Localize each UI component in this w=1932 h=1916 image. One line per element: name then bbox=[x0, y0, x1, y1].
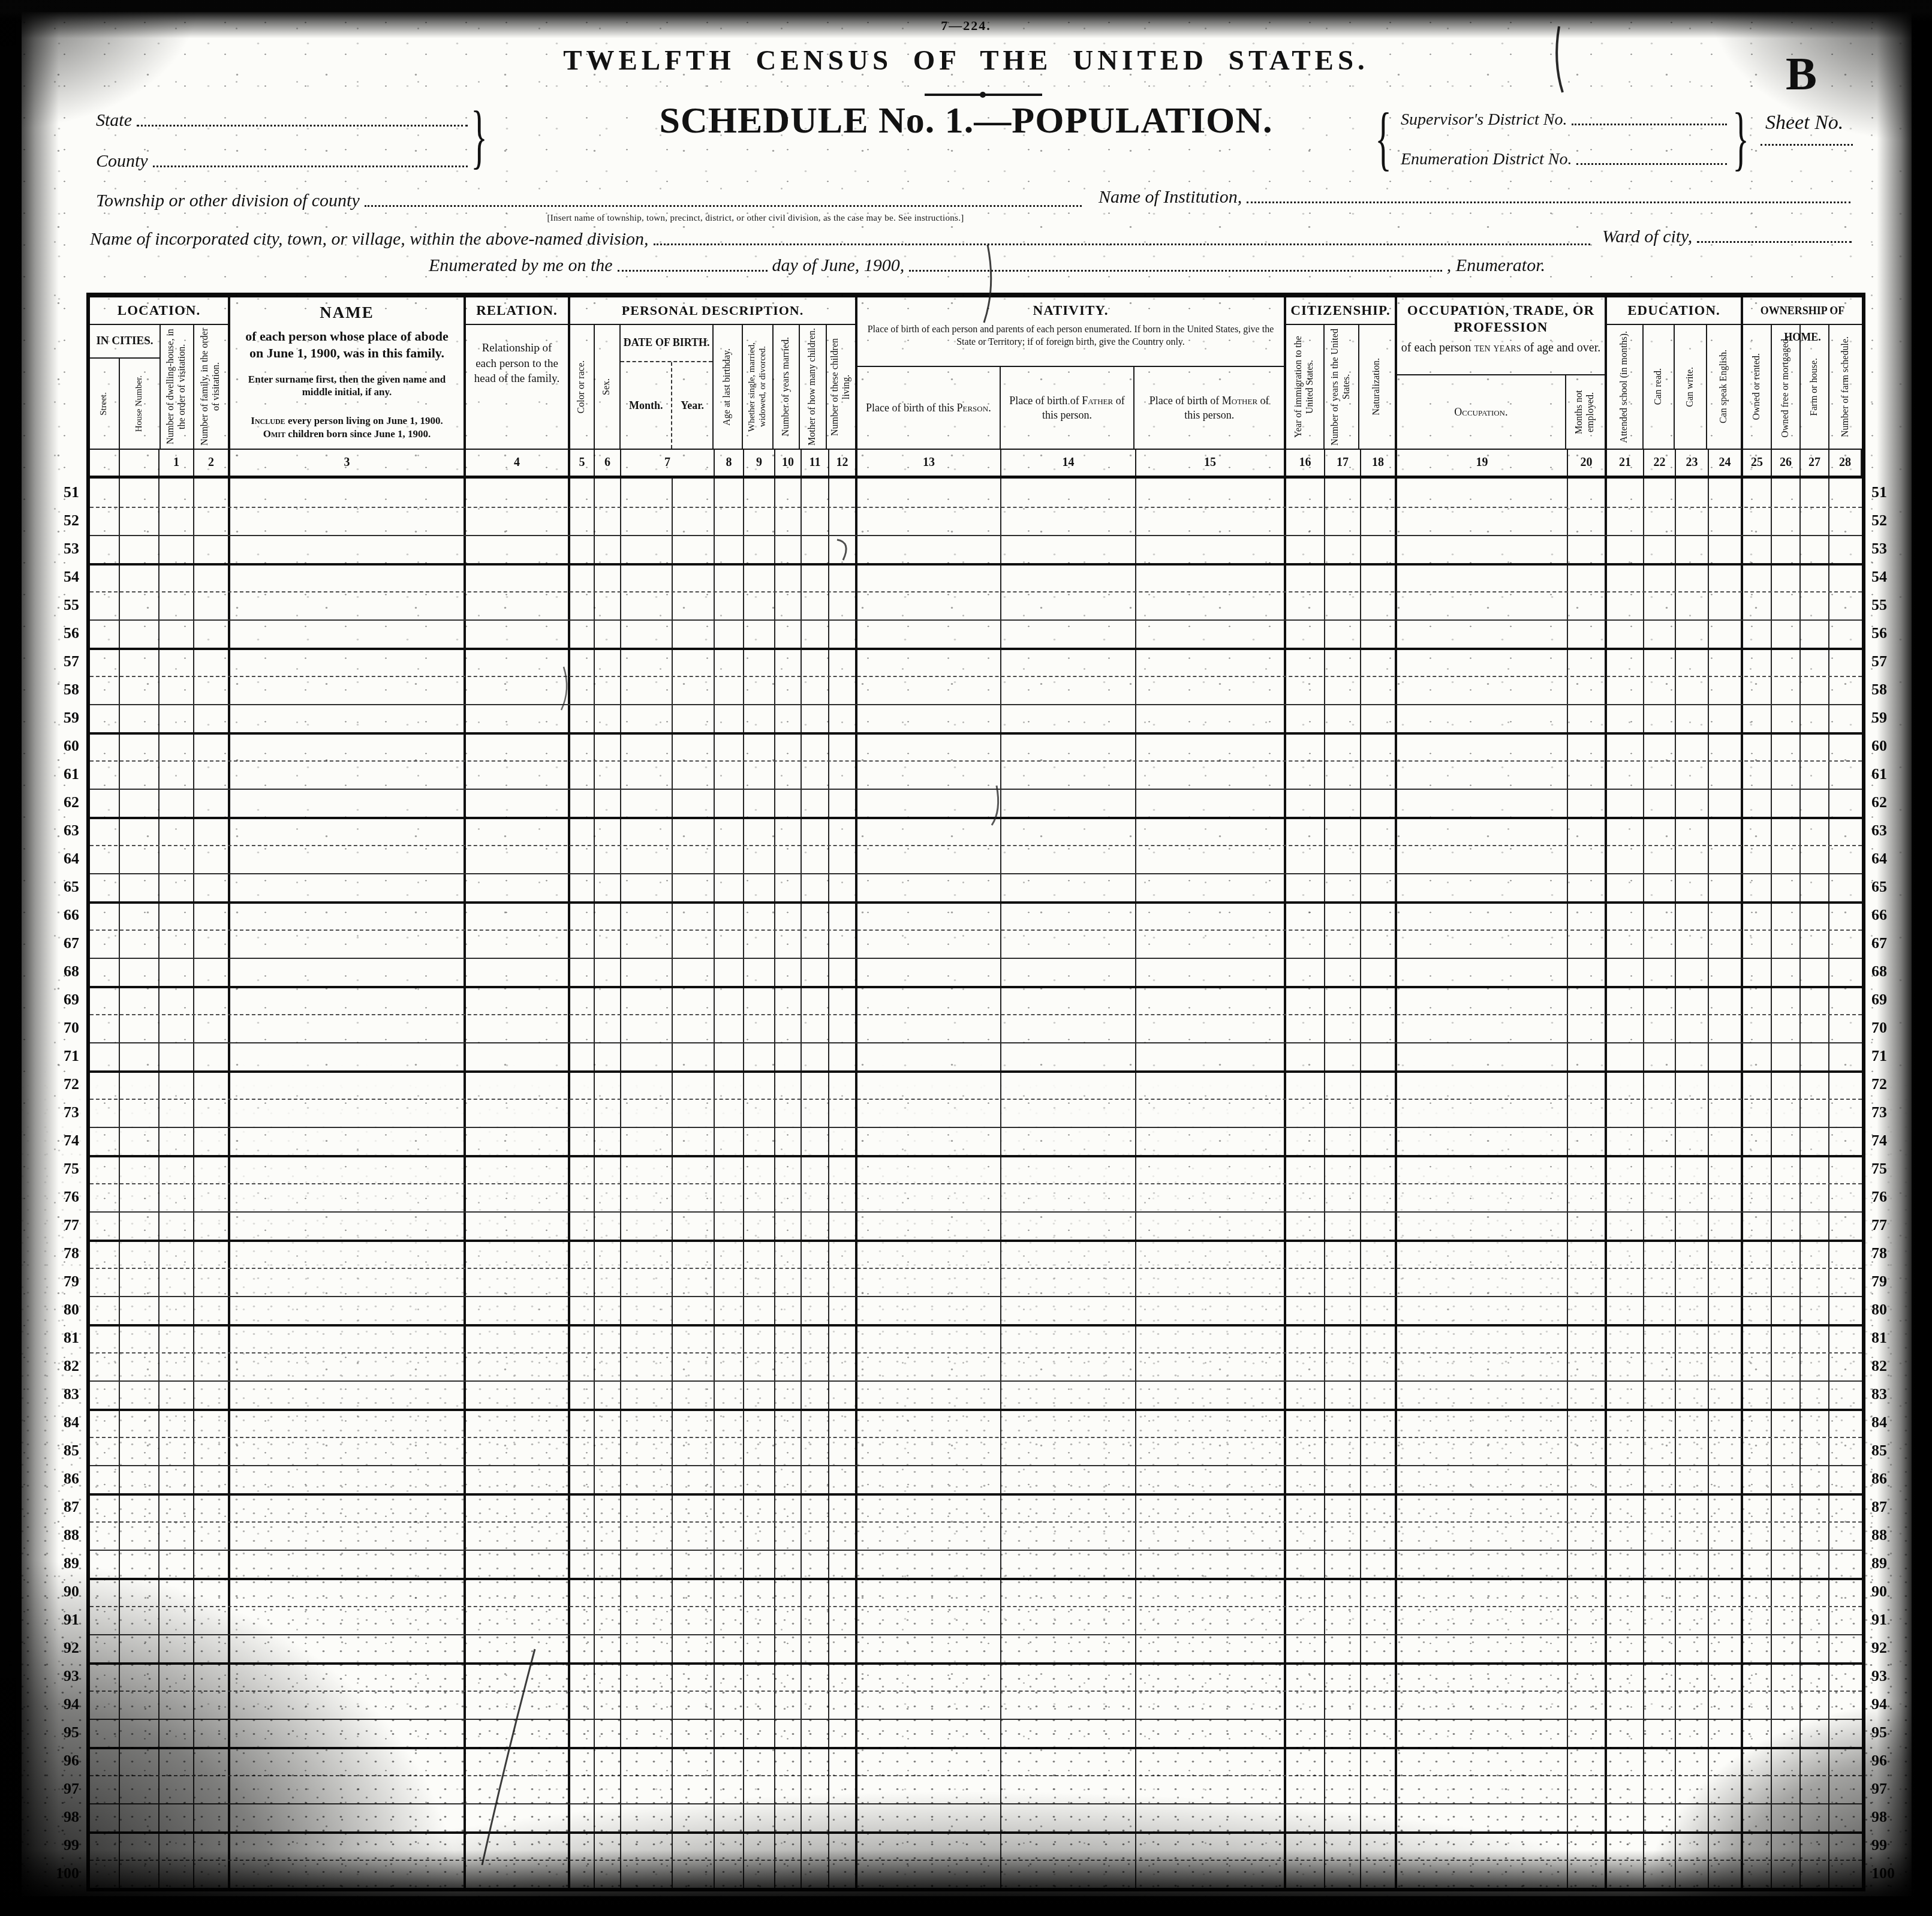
row-line bbox=[90, 619, 1862, 621]
row-line bbox=[90, 1719, 1862, 1720]
row-number-83: 83 bbox=[46, 1380, 79, 1408]
group-relation: RELATION. Relationship of each person to… bbox=[466, 297, 570, 449]
row-line bbox=[90, 535, 1862, 536]
row-number-65: 65 bbox=[1871, 873, 1905, 901]
row-number-61: 61 bbox=[1871, 760, 1905, 788]
row-number-55: 55 bbox=[46, 591, 79, 619]
column-number-26: 26 bbox=[1772, 450, 1801, 476]
district-close-brace: } bbox=[1732, 103, 1749, 175]
row-number-88: 88 bbox=[46, 1521, 79, 1549]
col-birthplace-person-header: Place of birth of this Person. bbox=[857, 367, 1001, 449]
township-field: Township or other division of county bbox=[96, 191, 1087, 211]
table-header: LOCATION. IN CITIES. Street. House Numbe… bbox=[90, 297, 1862, 450]
row-number-63: 63 bbox=[46, 816, 79, 844]
ward-label: Ward of city, bbox=[1602, 227, 1692, 247]
row-number-95: 95 bbox=[46, 1718, 79, 1746]
row-number-72: 72 bbox=[46, 1070, 79, 1098]
col-year-header: Year. bbox=[672, 362, 712, 449]
row-line bbox=[90, 760, 1862, 762]
row-number-82: 82 bbox=[1871, 1352, 1905, 1380]
column-number-20: 20 bbox=[1568, 450, 1607, 476]
township-instruction-note: [Insert name of township, town, precinct… bbox=[420, 213, 1091, 224]
row-number-98: 98 bbox=[46, 1803, 79, 1831]
col-years-in-us-header: Number of years in the United States. bbox=[1325, 325, 1360, 449]
col-age-header: Age at last birthday. bbox=[714, 325, 743, 449]
col-children-living-header: Number of these children living. bbox=[827, 325, 855, 449]
column-number-10: 10 bbox=[775, 450, 802, 476]
row-number-92: 92 bbox=[1871, 1634, 1905, 1662]
row-line bbox=[90, 1634, 1862, 1635]
enumerator-label: , Enumerator. bbox=[1447, 255, 1545, 276]
institution-fill-line bbox=[1247, 201, 1850, 203]
row-number-80: 80 bbox=[1871, 1295, 1905, 1324]
state-label: State bbox=[96, 110, 132, 131]
row-number-60: 60 bbox=[1871, 732, 1905, 760]
row-number-78: 78 bbox=[1871, 1239, 1905, 1267]
row-number-59: 59 bbox=[1871, 703, 1905, 732]
col-occupation-header: Occupation. bbox=[1397, 375, 1566, 449]
row-line bbox=[90, 507, 1862, 508]
in-cities-block: IN CITIES. Street. House Number. bbox=[90, 325, 161, 449]
column-number-13: 13 bbox=[857, 450, 1001, 476]
row-line bbox=[90, 1240, 1862, 1242]
row-line bbox=[90, 901, 1862, 904]
group-personal-description: PERSONAL DESCRIPTION. Color or race. Sex… bbox=[570, 297, 857, 449]
row-number-76: 76 bbox=[1871, 1183, 1905, 1211]
district-open-brace: { bbox=[1375, 103, 1392, 175]
column-number-4: 4 bbox=[466, 450, 570, 476]
row-number-70: 70 bbox=[1871, 1013, 1905, 1042]
row-number-91: 91 bbox=[46, 1605, 79, 1634]
col-immigration-year-header: Year of immigration to the United States… bbox=[1286, 325, 1325, 449]
census-table: LOCATION. IN CITIES. Street. House Numbe… bbox=[86, 293, 1865, 1891]
col-naturalization-header: Naturalization. bbox=[1359, 325, 1395, 449]
row-number-53: 53 bbox=[1871, 534, 1905, 563]
col-birthplace-father-header: Place of birth of Father of this person. bbox=[1001, 367, 1135, 449]
column-number-17: 17 bbox=[1325, 450, 1361, 476]
row-line bbox=[90, 591, 1862, 592]
row-number-71: 71 bbox=[1871, 1042, 1905, 1070]
row-number-57: 57 bbox=[1871, 647, 1905, 675]
row-number-87: 87 bbox=[1871, 1493, 1905, 1521]
col-dwelling-number-header: Number of dwelling-house, in the order o… bbox=[161, 325, 194, 449]
occupation-subtitle: of each person ten years of age and over… bbox=[1397, 341, 1605, 355]
row-number-73: 73 bbox=[1871, 1098, 1905, 1126]
row-line bbox=[90, 1014, 1862, 1015]
row-number-70: 70 bbox=[46, 1013, 79, 1042]
date-of-birth-label: DATE OF BIRTH. bbox=[621, 325, 712, 362]
ward-field: Ward of city, bbox=[1602, 227, 1856, 247]
row-number-95: 95 bbox=[1871, 1718, 1905, 1746]
row-number-84: 84 bbox=[1871, 1408, 1905, 1436]
row-numbers-right: 5152535455565758596061626364656667686970… bbox=[1868, 478, 1905, 1887]
group-name-title: NAME bbox=[239, 303, 455, 322]
row-line bbox=[90, 1606, 1862, 1607]
group-occupation-title: OCCUPATION, TRADE, OR PROFESSION bbox=[1397, 302, 1605, 335]
sheet-letter: B bbox=[1786, 47, 1817, 101]
row-number-87: 87 bbox=[46, 1493, 79, 1521]
row-line bbox=[90, 1493, 1862, 1496]
group-occupation-title-block: OCCUPATION, TRADE, OR PROFESSION of each… bbox=[1397, 297, 1605, 375]
column-number-25: 25 bbox=[1743, 450, 1772, 476]
column-number-24: 24 bbox=[1709, 450, 1743, 476]
column-number-7: 7 bbox=[621, 450, 715, 476]
col-mother-children-header: Mother of how many children. bbox=[800, 325, 827, 449]
row-line bbox=[90, 1324, 1862, 1327]
row-line bbox=[90, 1860, 1862, 1861]
row-numbers-left: 5152535455565758596061626364656667686970… bbox=[46, 478, 83, 1887]
column-number-8: 8 bbox=[715, 450, 744, 476]
col-can-write-header: Can write. bbox=[1675, 325, 1707, 449]
group-personal-title: PERSONAL DESCRIPTION. bbox=[570, 297, 855, 325]
group-ownership: OWNERSHIP OF HOME. Owned or rented. Owne… bbox=[1743, 297, 1862, 449]
col-birthplace-mother-header: Place of birth of Mother of this person. bbox=[1134, 367, 1284, 449]
row-line bbox=[90, 1211, 1862, 1213]
row-number-97: 97 bbox=[1871, 1774, 1905, 1803]
column-number-1: 1 bbox=[160, 450, 194, 476]
column-number-3: 3 bbox=[230, 450, 466, 476]
enumeration-district-field: Enumeration District No. bbox=[1401, 150, 1732, 169]
relation-note: Relationship of each person to the head … bbox=[466, 325, 568, 402]
row-line bbox=[90, 873, 1862, 874]
name-instruction-3: Include every person living on June 1, 1… bbox=[239, 414, 455, 441]
body-rows bbox=[90, 479, 1862, 1888]
row-number-94: 94 bbox=[46, 1690, 79, 1718]
row-number-51: 51 bbox=[46, 478, 79, 506]
row-number-92: 92 bbox=[46, 1634, 79, 1662]
group-nativity: NATIVITY. Place of birth of each person … bbox=[857, 297, 1286, 449]
row-number-89: 89 bbox=[46, 1549, 79, 1577]
row-line bbox=[90, 1465, 1862, 1466]
row-number-90: 90 bbox=[46, 1577, 79, 1605]
row-number-86: 86 bbox=[1871, 1464, 1905, 1493]
group-relation-title: RELATION. bbox=[466, 297, 568, 325]
col-free-mortgaged-header: Owned free or mortgaged. bbox=[1772, 325, 1801, 449]
row-number-67: 67 bbox=[46, 929, 79, 957]
nativity-note: Place of birth of each person and parent… bbox=[857, 321, 1284, 367]
col-owned-rented-header: Owned or rented. bbox=[1743, 325, 1772, 449]
col-marital-header: Whether single, married, widowed, or div… bbox=[743, 325, 774, 449]
row-line bbox=[90, 1155, 1862, 1157]
enumeration-district-label: Enumeration District No. bbox=[1401, 150, 1572, 169]
column-number-strip: 1234567891011121314151617181920212223242… bbox=[90, 450, 1862, 479]
in-cities-label: IN CITIES. bbox=[90, 325, 160, 359]
row-number-71: 71 bbox=[46, 1042, 79, 1070]
row-number-90: 90 bbox=[1871, 1577, 1905, 1605]
row-number-68: 68 bbox=[46, 957, 79, 985]
state-field: State bbox=[96, 110, 473, 131]
enumeration-district-fill-line bbox=[1576, 163, 1727, 165]
row-number-77: 77 bbox=[1871, 1211, 1905, 1239]
row-number-67: 67 bbox=[1871, 929, 1905, 957]
row-number-74: 74 bbox=[1871, 1126, 1905, 1154]
row-number-83: 83 bbox=[1871, 1380, 1905, 1408]
row-number-64: 64 bbox=[46, 844, 79, 873]
group-citizenship: CITIZENSHIP. Year of immigration to the … bbox=[1286, 297, 1397, 449]
column-number-16: 16 bbox=[1286, 450, 1325, 476]
row-number-99: 99 bbox=[46, 1831, 79, 1859]
row-number-51: 51 bbox=[1871, 478, 1905, 506]
form-number: 7—224. bbox=[0, 18, 1932, 34]
supervisor-district-fill-line bbox=[1572, 124, 1727, 125]
supervisor-district-label: Supervisor's District No. bbox=[1401, 110, 1567, 130]
county-label: County bbox=[96, 151, 148, 172]
column-number-27: 27 bbox=[1801, 450, 1829, 476]
row-line bbox=[90, 1127, 1862, 1128]
group-education: EDUCATION. Attended school (in months). … bbox=[1607, 297, 1743, 449]
row-number-75: 75 bbox=[1871, 1154, 1905, 1183]
column-number-21: 21 bbox=[1607, 450, 1644, 476]
ward-fill-line bbox=[1697, 241, 1852, 243]
row-number-100: 100 bbox=[1871, 1859, 1905, 1887]
name-instruction-2: Enter surname first, then the given name… bbox=[239, 373, 455, 399]
column-number-12: 12 bbox=[829, 450, 857, 476]
supervisor-district-field: Supervisor's District No. bbox=[1401, 110, 1732, 130]
row-number-56: 56 bbox=[1871, 619, 1905, 647]
row-number-96: 96 bbox=[46, 1746, 79, 1774]
row-line bbox=[90, 563, 1862, 566]
sheet-no-fill bbox=[1756, 144, 1858, 150]
row-number-60: 60 bbox=[46, 732, 79, 760]
row-number-84: 84 bbox=[46, 1408, 79, 1436]
col-farm-schedule-header: Number of farm schedule. bbox=[1829, 325, 1862, 449]
city-label: Name of incorporated city, town, or vill… bbox=[90, 229, 649, 249]
group-ownership-title: OWNERSHIP OF HOME. bbox=[1743, 297, 1862, 325]
city-field: Name of incorporated city, town, or vill… bbox=[90, 229, 1595, 249]
group-education-title: EDUCATION. bbox=[1607, 297, 1741, 325]
institution-label: Name of Institution, bbox=[1099, 187, 1242, 207]
column-number-9: 9 bbox=[744, 450, 775, 476]
row-line bbox=[90, 1409, 1862, 1411]
city-fill-line bbox=[654, 243, 1590, 245]
county-fill-line bbox=[153, 166, 468, 167]
row-line bbox=[90, 1662, 1862, 1665]
col-speak-english-header: Can speak English. bbox=[1707, 325, 1741, 449]
col-attended-school-header: Attended school (in months). bbox=[1607, 325, 1644, 449]
row-line bbox=[90, 1352, 1862, 1353]
row-number-61: 61 bbox=[46, 760, 79, 788]
row-number-76: 76 bbox=[46, 1183, 79, 1211]
row-number-73: 73 bbox=[46, 1098, 79, 1126]
row-number-81: 81 bbox=[1871, 1324, 1905, 1352]
column-number-11: 11 bbox=[802, 450, 829, 476]
group-location-title: LOCATION. bbox=[90, 297, 228, 325]
column-number-22: 22 bbox=[1644, 450, 1676, 476]
row-line bbox=[90, 930, 1862, 931]
row-line bbox=[90, 958, 1862, 959]
row-line bbox=[90, 1268, 1862, 1269]
row-line bbox=[90, 986, 1862, 988]
row-number-100: 100 bbox=[46, 1859, 79, 1887]
row-number-65: 65 bbox=[46, 873, 79, 901]
row-line bbox=[90, 676, 1862, 677]
col-date-of-birth-header: DATE OF BIRTH. Month. Year. bbox=[621, 325, 714, 449]
row-line bbox=[90, 817, 1862, 819]
row-number-94: 94 bbox=[1871, 1690, 1905, 1718]
row-number-88: 88 bbox=[1871, 1521, 1905, 1549]
township-label: Township or other division of county bbox=[96, 191, 360, 211]
row-number-98: 98 bbox=[1871, 1803, 1905, 1831]
column-number-19: 19 bbox=[1397, 450, 1568, 476]
col-street-header: Street. bbox=[90, 359, 120, 449]
state-fill-line bbox=[137, 125, 468, 127]
title-divider bbox=[925, 94, 1042, 96]
enumerated-field: Enumerated by me on the day of June, 190… bbox=[429, 255, 1545, 276]
row-number-57: 57 bbox=[46, 647, 79, 675]
col-years-married-header: Number of years married. bbox=[774, 325, 800, 449]
row-number-77: 77 bbox=[46, 1211, 79, 1239]
enumerated-day-fill-line bbox=[618, 270, 768, 272]
row-line bbox=[90, 1296, 1862, 1297]
group-occupation: OCCUPATION, TRADE, OR PROFESSION of each… bbox=[1397, 297, 1607, 449]
row-number-53: 53 bbox=[46, 534, 79, 563]
column-number-28: 28 bbox=[1829, 450, 1862, 476]
row-line bbox=[90, 1831, 1862, 1834]
row-line bbox=[90, 1803, 1862, 1804]
col-house-number-header: House Number. bbox=[120, 359, 160, 449]
row-number-85: 85 bbox=[46, 1436, 79, 1464]
row-line bbox=[90, 732, 1862, 735]
row-number-52: 52 bbox=[1871, 506, 1905, 534]
sheet-no-fill-line bbox=[1761, 144, 1853, 146]
col-months-not-employed-header: Months not employed. bbox=[1566, 375, 1605, 449]
row-number-55: 55 bbox=[1871, 591, 1905, 619]
column-number-blank bbox=[90, 450, 120, 476]
row-line bbox=[90, 704, 1862, 705]
group-nativity-title: NATIVITY. bbox=[857, 297, 1284, 321]
row-number-97: 97 bbox=[46, 1774, 79, 1803]
row-number-82: 82 bbox=[46, 1352, 79, 1380]
row-number-81: 81 bbox=[46, 1324, 79, 1352]
row-number-62: 62 bbox=[46, 788, 79, 816]
row-line bbox=[90, 1437, 1862, 1438]
col-sex-header: Sex. bbox=[595, 325, 621, 449]
column-number-5: 5 bbox=[570, 450, 595, 476]
table-body bbox=[90, 479, 1862, 1888]
census-page: 7—224. TWELFTH CENSUS OF THE UNITED STAT… bbox=[0, 0, 1932, 1916]
group-citizenship-title: CITIZENSHIP. bbox=[1286, 297, 1395, 325]
county-field: County bbox=[96, 151, 473, 172]
row-number-54: 54 bbox=[46, 563, 79, 591]
row-number-78: 78 bbox=[46, 1239, 79, 1267]
row-number-59: 59 bbox=[46, 703, 79, 732]
row-number-64: 64 bbox=[1871, 844, 1905, 873]
column-number-6: 6 bbox=[595, 450, 621, 476]
row-line bbox=[90, 1521, 1862, 1523]
col-month-header: Month. bbox=[621, 362, 672, 449]
group-name: NAME of each person whose place of abode… bbox=[230, 297, 466, 449]
row-number-93: 93 bbox=[46, 1662, 79, 1690]
row-number-72: 72 bbox=[1871, 1070, 1905, 1098]
row-number-93: 93 bbox=[1871, 1662, 1905, 1690]
row-number-91: 91 bbox=[1871, 1605, 1905, 1634]
name-instruction-1: of each person whose place of abode on J… bbox=[239, 328, 455, 361]
col-farm-house-header: Farm or house. bbox=[1801, 325, 1829, 449]
row-number-96: 96 bbox=[1871, 1746, 1905, 1774]
row-line bbox=[90, 1099, 1862, 1100]
row-number-99: 99 bbox=[1871, 1831, 1905, 1859]
township-fill-line bbox=[365, 205, 1082, 207]
row-number-56: 56 bbox=[46, 619, 79, 647]
row-number-75: 75 bbox=[46, 1154, 79, 1183]
row-number-66: 66 bbox=[1871, 901, 1905, 929]
row-line bbox=[90, 845, 1862, 846]
institution-field: Name of Institution, bbox=[1099, 187, 1855, 207]
row-number-52: 52 bbox=[46, 506, 79, 534]
enumerator-name-fill-line bbox=[909, 270, 1442, 272]
row-number-69: 69 bbox=[46, 985, 79, 1013]
row-line bbox=[90, 1578, 1862, 1580]
row-number-58: 58 bbox=[46, 675, 79, 703]
row-number-62: 62 bbox=[1871, 788, 1905, 816]
row-line bbox=[90, 1775, 1862, 1776]
group-location: LOCATION. IN CITIES. Street. House Numbe… bbox=[90, 297, 230, 449]
row-line bbox=[90, 1691, 1862, 1692]
row-line bbox=[90, 1042, 1862, 1043]
row-line bbox=[90, 648, 1862, 650]
row-number-89: 89 bbox=[1871, 1549, 1905, 1577]
row-line bbox=[90, 789, 1862, 790]
row-number-66: 66 bbox=[46, 901, 79, 929]
state-county-brace: } bbox=[471, 101, 487, 173]
column-number-15: 15 bbox=[1136, 450, 1286, 476]
row-number-69: 69 bbox=[1871, 985, 1905, 1013]
row-number-74: 74 bbox=[46, 1126, 79, 1154]
row-line bbox=[90, 1550, 1862, 1551]
row-number-79: 79 bbox=[46, 1267, 79, 1295]
row-line bbox=[90, 1183, 1862, 1184]
sheet-no-label: Sheet No. bbox=[1765, 112, 1843, 134]
row-number-54: 54 bbox=[1871, 563, 1905, 591]
col-can-read-header: Can read. bbox=[1644, 325, 1675, 449]
row-number-63: 63 bbox=[1871, 816, 1905, 844]
row-line bbox=[90, 1747, 1862, 1749]
row-number-68: 68 bbox=[1871, 957, 1905, 985]
row-line bbox=[90, 1070, 1862, 1073]
row-number-80: 80 bbox=[46, 1295, 79, 1324]
row-number-79: 79 bbox=[1871, 1267, 1905, 1295]
row-line bbox=[90, 1380, 1862, 1382]
column-number-18: 18 bbox=[1361, 450, 1397, 476]
column-number-2: 2 bbox=[194, 450, 230, 476]
col-family-number-header: Number of family, in the order of visita… bbox=[194, 325, 228, 449]
column-number-23: 23 bbox=[1676, 450, 1709, 476]
enumerated-date-label: day of June, 1900, bbox=[772, 255, 905, 276]
column-number-14: 14 bbox=[1001, 450, 1136, 476]
row-number-58: 58 bbox=[1871, 675, 1905, 703]
column-number-blank bbox=[120, 450, 160, 476]
page-title: TWELFTH CENSUS OF THE UNITED STATES. bbox=[0, 44, 1932, 77]
row-number-86: 86 bbox=[46, 1464, 79, 1493]
row-number-85: 85 bbox=[1871, 1436, 1905, 1464]
col-color-race-header: Color or race. bbox=[570, 325, 595, 449]
enumerated-label: Enumerated by me on the bbox=[429, 255, 613, 276]
